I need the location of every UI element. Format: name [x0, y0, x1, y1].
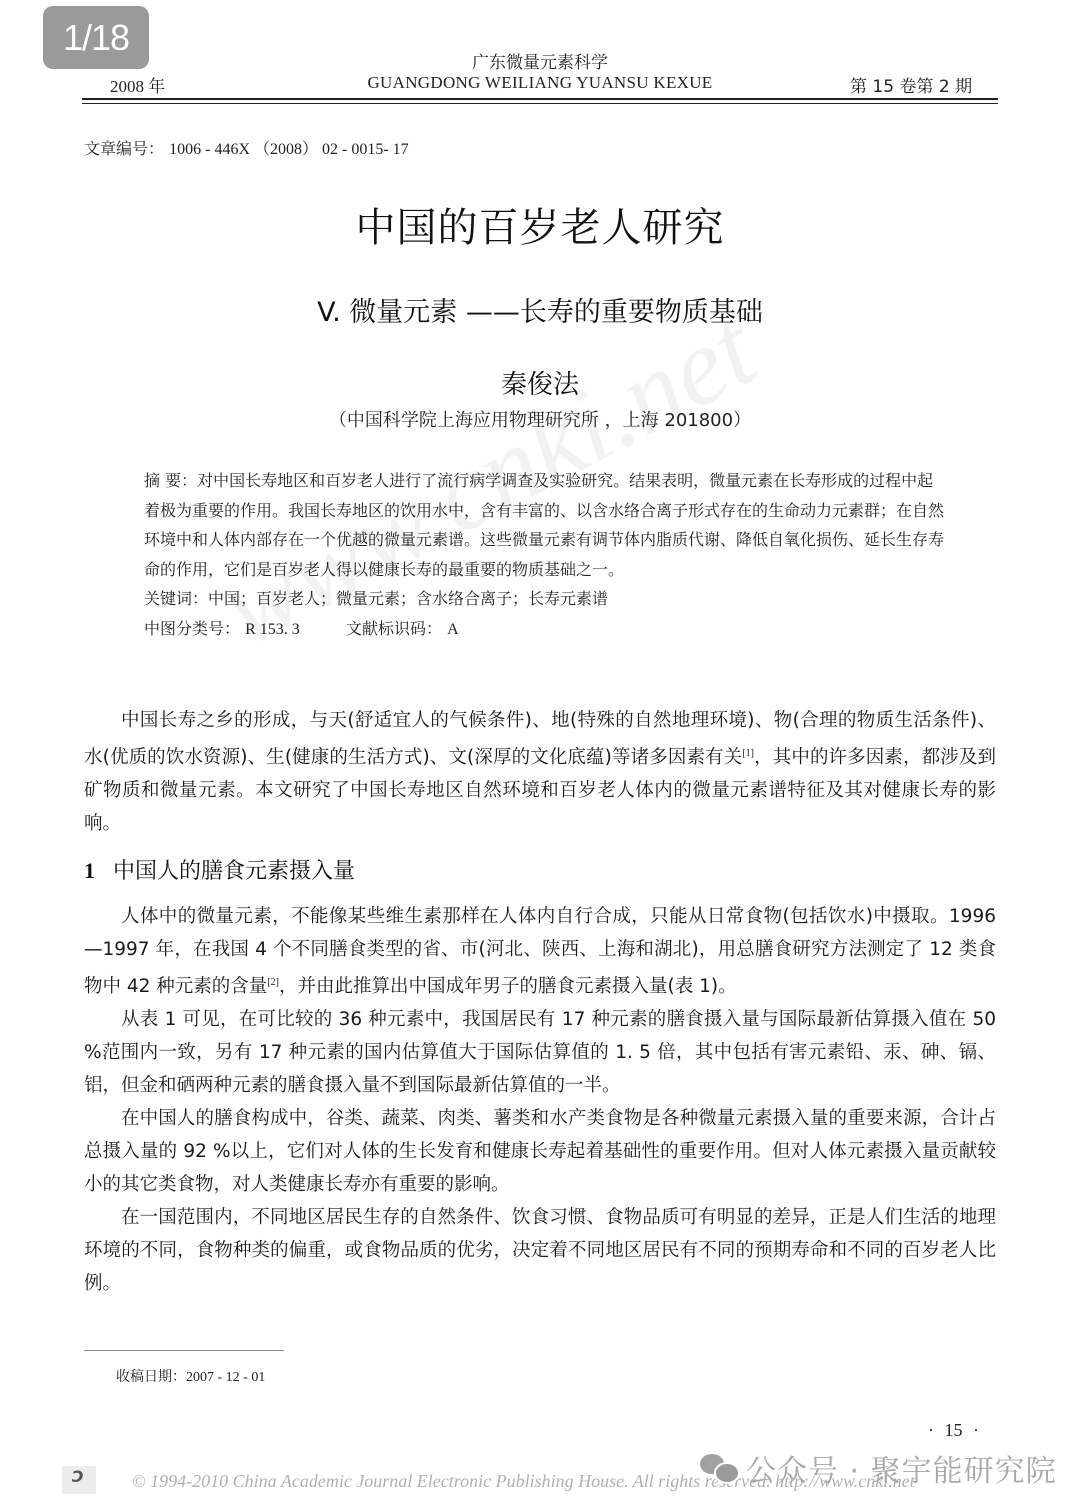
journal-name-cn: 广东微量元素科学	[0, 48, 1080, 73]
keywords-text: 中国；百岁老人；微量元素；含水络合离子；长寿元素谱	[208, 589, 608, 608]
abstract-label: 摘 要：	[144, 471, 197, 490]
page-subtitle: V. 微量元素 ——长寿的重要物质基础	[0, 290, 1080, 329]
header-rule-thick	[82, 98, 998, 100]
section-number: 1	[84, 858, 95, 883]
received-value: 2007 - 12 - 01	[186, 1370, 265, 1385]
citation-2[interactable]: [2]	[267, 977, 279, 988]
page-title: 中国的百岁老人研究	[0, 196, 1080, 253]
wechat-account-name: 公众号 · 聚宇能研究院	[746, 1446, 1057, 1490]
section-paragraph: 在一国范围内，不同地区居民生存的自然条件、饮食习惯、食物品质可有明显的差异，正是…	[84, 1201, 996, 1300]
clc-label: 中图分类号：	[144, 619, 240, 638]
para-text-b: ，并由此推算出中国成年男子的膳食元素摄入量(表 1)。	[279, 976, 737, 997]
section-heading-1: 1中国人的膳食元素摄入量	[84, 854, 355, 885]
header-rule-thin	[82, 103, 998, 104]
author-name: 秦俊法	[0, 364, 1080, 401]
article-number-label: 文章编号：	[84, 139, 164, 158]
intro-paragraph: 中国长寿之乡的形成，与天(舒适宜人的气候条件)、地(特殊的自然地理环境)、物(合…	[84, 704, 996, 840]
keywords-line: 关键词：中国；百岁老人；微量元素；含水络合离子；长寿元素谱	[144, 584, 944, 614]
keywords-label: 关键词：	[144, 589, 208, 608]
article-number: 文章编号： 1006 - 446X （2008） 02 - 0015- 17	[84, 136, 409, 159]
abstract-text: 对中国长寿地区和百岁老人进行了流行病学调查及实验研究。结果表明，微量元素在长寿形…	[144, 471, 944, 579]
footnote-rule	[84, 1350, 284, 1351]
received-date: 收稿日期：2007 - 12 - 01	[116, 1366, 265, 1386]
section-1-body: 人体中的微量元素，不能像某些维生素那样在人体内自行合成，只能从日常食物(包括饮水…	[84, 900, 996, 1300]
citation-1[interactable]: [1]	[742, 748, 754, 759]
section-paragraph: 人体中的微量元素，不能像某些维生素那样在人体内自行合成，只能从日常食物(包括饮水…	[84, 900, 996, 1003]
page-number: · 15 ·	[928, 1420, 979, 1441]
author-affiliation: （中国科学院上海应用物理研究所 ，上海 201800）	[0, 406, 1080, 432]
doc-code-label: 文献标识码：	[346, 619, 442, 638]
volume-issue: 第 15 卷第 2 期	[850, 72, 972, 97]
article-number-value: 1006 - 446X （2008） 02 - 0015- 17	[169, 141, 409, 158]
abstract-paragraph: 摘 要：对中国长寿地区和百岁老人进行了流行病学调查及实验研究。结果表明，微量元素…	[144, 466, 944, 584]
received-label: 收稿日期：	[116, 1369, 186, 1385]
wechat-icon	[700, 1452, 740, 1484]
cnki-logo-glyph: Ↄ	[72, 1467, 84, 1486]
abstract-block: 摘 要：对中国长寿地区和百岁老人进行了流行病学调查及实验研究。结果表明，微量元素…	[144, 466, 944, 644]
doc-code-value: A	[447, 621, 459, 638]
section-paragraph: 在中国人的膳食构成中，谷类、蔬菜、肉类、薯类和水产类食物是各种微量元素摄入量的重…	[84, 1102, 996, 1201]
cnki-logo-icon: Ↄ	[62, 1466, 96, 1494]
section-paragraph: 从表 1 可见，在可比较的 36 种元素中，我国居民有 17 种元素的膳食摄入量…	[84, 1003, 996, 1102]
wechat-watermark: 公众号 · 聚宇能研究院	[700, 1446, 1057, 1490]
clc-value: R 153. 3	[245, 621, 300, 638]
classification-line: 中图分类号： R 153. 3 文献标识码： A	[144, 614, 944, 645]
section-title: 中国人的膳食元素摄入量	[113, 859, 355, 884]
introduction: 中国长寿之乡的形成，与天(舒适宜人的气候条件)、地(特殊的自然地理环境)、物(合…	[84, 704, 996, 840]
